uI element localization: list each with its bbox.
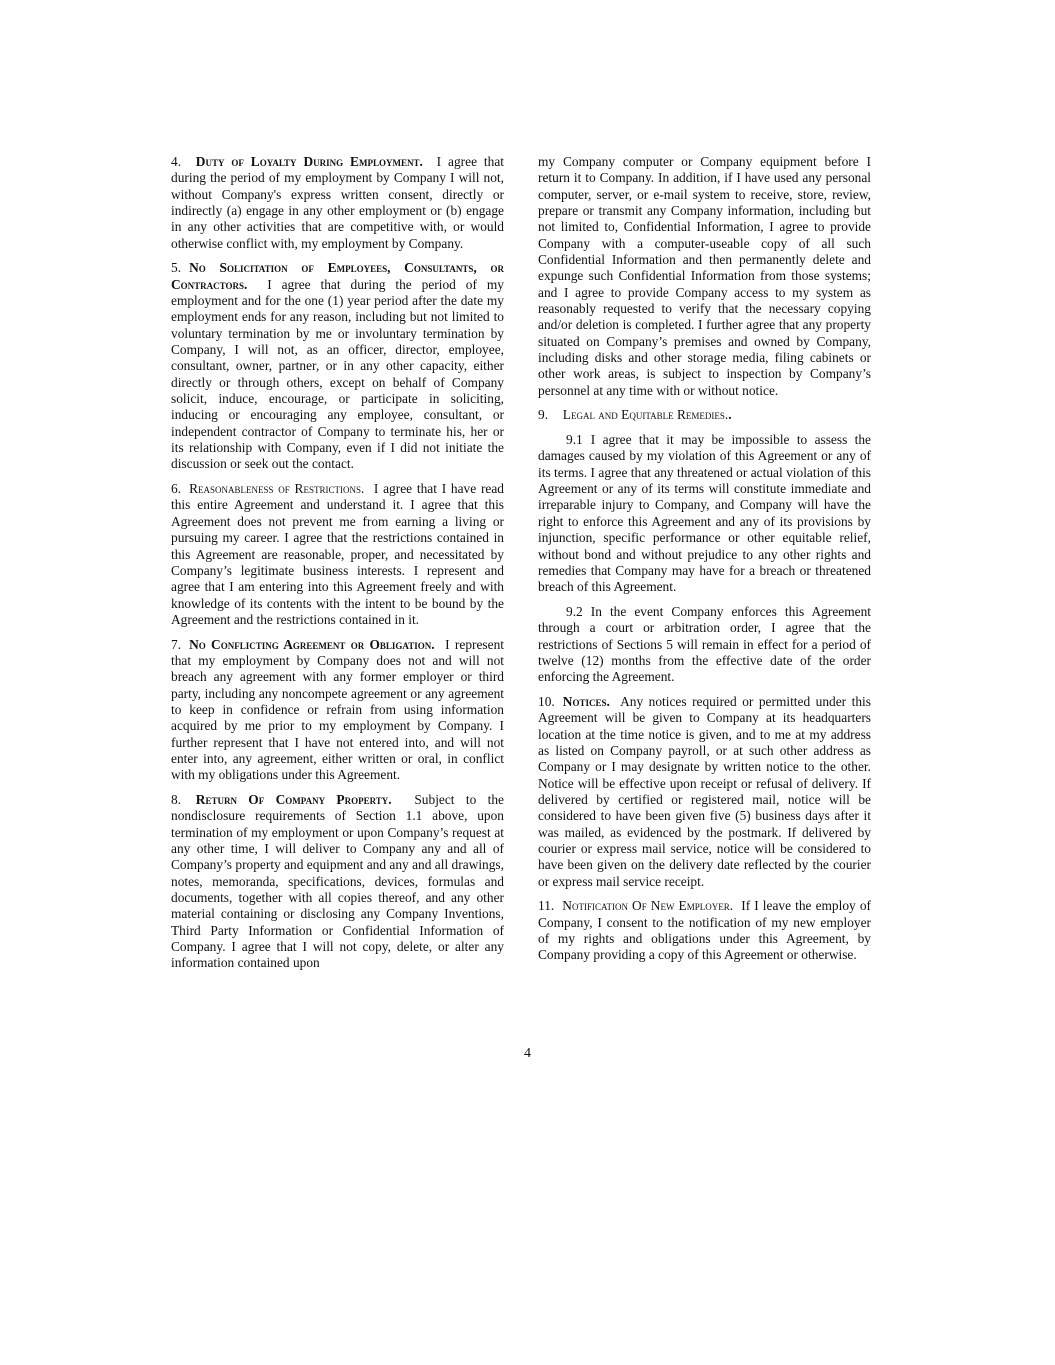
subsection-number: 9.2 — [566, 604, 583, 619]
section-8: 8.Return Of Company Property. Subject to… — [171, 792, 504, 972]
page-number: 4 — [0, 1046, 1055, 1062]
section-body: I agree that it may be impossible to ass… — [538, 432, 871, 594]
section-7: 7.No Conflicting Agreement or Obligation… — [171, 637, 504, 784]
section-body: I agree that I have read this entire Agr… — [171, 481, 504, 627]
section-number: 7. — [171, 637, 181, 652]
section-5: 5.No Solicitation of Employees, Consulta… — [171, 260, 504, 472]
section-number: 8. — [171, 792, 181, 807]
section-6: 6.Reasonableness of Restrictions. I agre… — [171, 481, 504, 628]
section-11: 11.Notification Of New Employer. If I le… — [538, 898, 871, 963]
section-heading: Return Of Company Property. — [196, 792, 392, 807]
section-9-2: 9.2In the event Company enforces this Ag… — [538, 604, 871, 686]
section-heading: Notices. — [563, 694, 610, 709]
section-body: I represent that my employment by Compan… — [171, 637, 504, 783]
section-10: 10.Notices. Any notices required or perm… — [538, 694, 871, 890]
section-body: my Company computer or Company equipment… — [538, 154, 871, 398]
section-body: In the event Company enforces this Agree… — [538, 604, 871, 684]
section-number: 6. — [171, 481, 181, 496]
left-column: 4.Duty of Loyalty During Employment. I a… — [171, 154, 504, 980]
section-heading: Legal and Equitable Remedies. — [563, 407, 728, 422]
subsection-number: 9.1 — [566, 432, 583, 447]
section-number: 10. — [538, 694, 555, 709]
section-heading: Notification Of New Employer. — [562, 898, 733, 913]
section-number: 4. — [171, 154, 181, 169]
section-body: I agree that during the period of my emp… — [171, 277, 504, 472]
section-number: 11. — [538, 898, 554, 913]
section-heading: Reasonableness of Restrictions. — [189, 481, 364, 496]
section-number: 9. — [538, 407, 548, 422]
section-9-1: 9.1I agree that it may be impossible to … — [538, 432, 871, 595]
section-9: 9.Legal and Equitable Remedies.. — [538, 407, 871, 423]
section-4: 4.Duty of Loyalty During Employment. I a… — [171, 154, 504, 252]
section-number: 5. — [171, 260, 181, 275]
section-body: Subject to the nondisclosure requirement… — [171, 792, 504, 970]
document-page: 4.Duty of Loyalty During Employment. I a… — [0, 0, 1055, 1365]
section-body: Any notices required or permitted under … — [538, 694, 871, 889]
section-8-continued: my Company computer or Company equipment… — [538, 154, 871, 399]
section-heading: Duty of Loyalty During Employment. — [196, 154, 423, 169]
right-column: my Company computer or Company equipment… — [538, 154, 871, 972]
section-heading: No Conflicting Agreement or Obligation. — [189, 637, 435, 652]
